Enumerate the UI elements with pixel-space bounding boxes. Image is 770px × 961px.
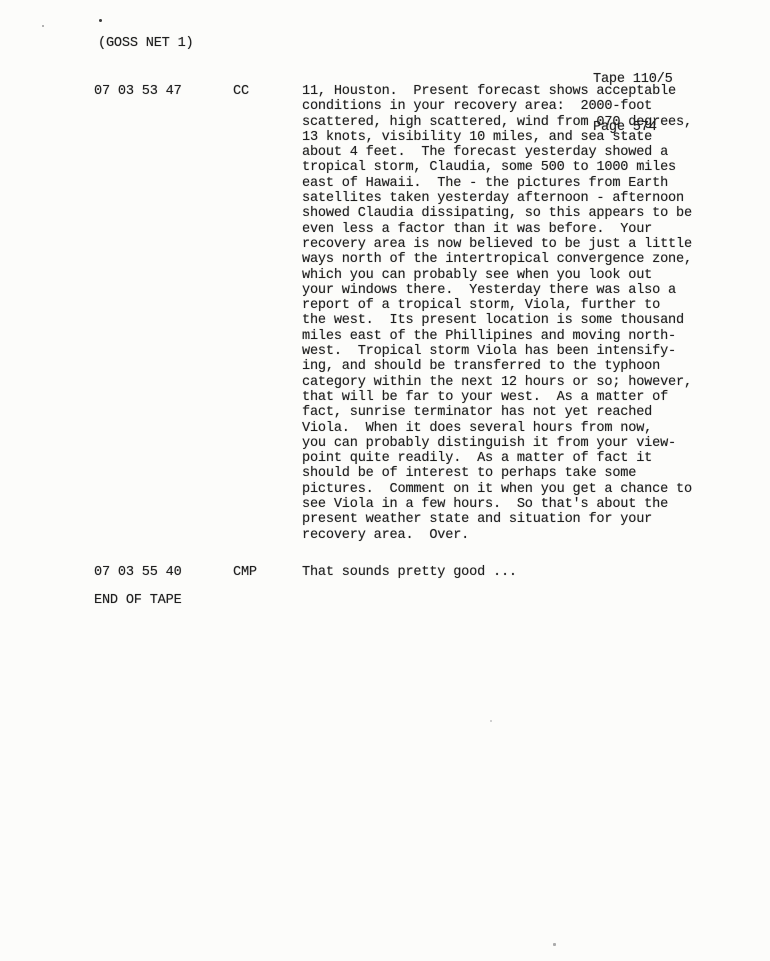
end-of-tape-label: END OF TAPE bbox=[94, 593, 182, 608]
transcript-page: (GOSS NET 1) Tape 110/5 Page 574 07 03 5… bbox=[0, 0, 770, 961]
transcript-text: 11, Houston. Present forecast shows acce… bbox=[302, 84, 692, 543]
ink-speck bbox=[553, 943, 556, 946]
timestamp: 07 03 55 40 bbox=[94, 565, 182, 580]
transcript-text: That sounds pretty good ... bbox=[302, 565, 517, 580]
speaker-code: CMP bbox=[233, 565, 257, 580]
timestamp: 07 03 53 47 bbox=[94, 84, 182, 99]
ink-speck bbox=[42, 25, 44, 27]
ink-speck bbox=[490, 720, 492, 722]
net-label: (GOSS NET 1) bbox=[98, 36, 194, 51]
speaker-code: CC bbox=[233, 84, 249, 99]
ink-speck bbox=[99, 19, 102, 22]
